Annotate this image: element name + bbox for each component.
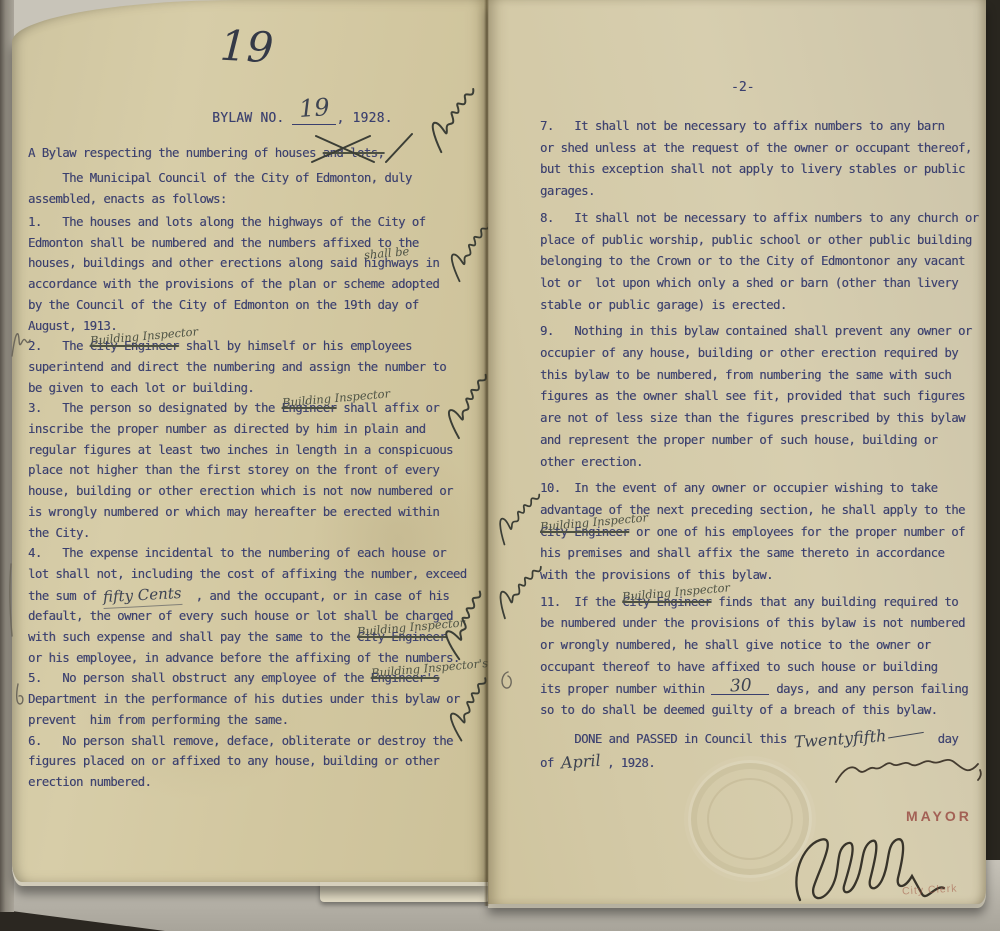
typed-text: 4. The expense incidental to the numberi…	[28, 546, 446, 560]
typed-line: prevent him from performing the same.	[28, 710, 480, 731]
typed-line: figures placed on or affixed to any hous…	[28, 751, 480, 772]
typed-text: so to do shall be deemed guilty of a bre…	[540, 703, 938, 717]
typed-line: The Municipal Council of the City of Edm…	[28, 168, 412, 189]
typed-text: the sum of	[28, 589, 103, 603]
page1-body: 1. The houses and lots along the highway…	[28, 212, 480, 793]
typed-line: other erection.	[540, 452, 986, 474]
typed-line: regular figures at least two inches in l…	[28, 440, 480, 461]
typed-line: 5. No person shall obstruct any employee…	[28, 668, 480, 689]
handwritten-text: April	[560, 749, 601, 773]
bylaw-title-text: A Bylaw respecting the numbering of hous…	[28, 146, 323, 160]
typed-text: superintend and direct the numbering and…	[28, 360, 446, 374]
page-number: -2-	[731, 80, 754, 95]
typed-line: garages.	[540, 181, 986, 203]
typed-text: days, and any person failing	[769, 682, 968, 696]
typed-text: with such expense and shall pay the same…	[28, 630, 357, 644]
typed-line: 1. The houses and lots along the highway…	[28, 212, 480, 233]
typed-text: this bylaw to be numbered, from numberin…	[540, 368, 951, 382]
typed-line: accordance with the provisions of the pl…	[28, 274, 480, 295]
typed-line: 7. It shall not be necessary to affix nu…	[540, 116, 986, 138]
typed-text: occupier of any house, building or other…	[540, 346, 958, 360]
typed-text: belonging to the Crown or to the City of…	[540, 254, 965, 268]
typed-line: the sum of fifty Cents , and the occupan…	[28, 585, 480, 607]
typed-text: 9. Nothing in this bylaw contained shall…	[540, 324, 972, 338]
typed-line: assembled, enacts as follows:	[28, 189, 412, 210]
typed-line: belonging to the Crown or to the City of…	[540, 251, 986, 273]
typed-line: so to do shall be deemed guilty of a bre…	[540, 700, 986, 722]
handwritten-text: 30	[729, 680, 751, 691]
bylaw-page-1: 19 BYLAW NO. 19, 1928. A Bylaw respectin…	[12, 0, 488, 882]
typed-text: be given to each lot or building.	[28, 381, 254, 395]
typed-text: lot or lot upon which only a shed or bar…	[540, 276, 958, 290]
amended-phrase: City EngineerBuilding Inspector	[90, 339, 179, 353]
typed-line: City EngineerBuilding Inspector or one o…	[540, 522, 986, 544]
typed-line: occupier of any house, building or other…	[540, 343, 986, 365]
typed-text: DONE and PASSED in Council this	[540, 732, 794, 746]
typed-line: figures as the owner shall see fit, prov…	[540, 386, 986, 408]
typed-line: inscribe the proper number as directed b…	[28, 419, 480, 440]
typed-text: 2. The	[28, 339, 90, 353]
typed-text: finds that any building required to	[711, 595, 958, 609]
handwritten-bylaw-number: 19	[299, 102, 330, 114]
typed-text: or wrongly numbered, he shall give notic…	[540, 638, 931, 652]
typed-text: other erection.	[540, 455, 643, 469]
typed-text: shall by himself or his employees	[179, 339, 412, 353]
typed-text: the City.	[28, 526, 90, 540]
amended-phrase: City EngineerBuilding Inspector	[622, 595, 711, 609]
pen-x-strike	[308, 132, 418, 166]
typed-line: the City.	[28, 523, 480, 544]
typed-line: are not of less size than the figures pr…	[540, 408, 986, 430]
typed-text: or one of his employees for the proper n…	[629, 525, 965, 539]
typed-line: superintend and direct the numbering and…	[28, 357, 480, 378]
typed-text: accordance with the provisions of the pl…	[28, 277, 439, 291]
typed-line: 10. In the event of any owner or occupie…	[540, 478, 986, 500]
typed-text: inscribe the proper number as directed b…	[28, 422, 426, 436]
typed-text: 3. The person so designated by the	[28, 401, 282, 415]
typed-text: figures as the owner shall see fit, prov…	[540, 389, 965, 403]
typed-line: 8. It shall not be necessary to affix nu…	[540, 208, 986, 230]
typed-text: 1. The houses and lots along the highway…	[28, 215, 426, 229]
typed-line: but this exception shall not apply to li…	[540, 159, 986, 181]
typed-text: and represent the proper number of such …	[540, 433, 938, 447]
typed-line: occupant thereof to have affixed to such…	[540, 657, 986, 679]
typed-text: , and the occupant, or in case of his	[182, 589, 449, 603]
typed-text: is wrongly numbered or which may hereaft…	[28, 505, 439, 519]
typed-text: houses, buildings and other erections al…	[28, 256, 364, 270]
binding-fold	[484, 0, 489, 906]
typed-line: be given to each lot or building.	[28, 378, 480, 399]
typed-line: 3. The person so designated by the Engin…	[28, 398, 480, 419]
typed-line: by the Council of the City of Edmonton o…	[28, 295, 480, 316]
typed-text: day	[924, 732, 958, 746]
preamble: The Municipal Council of the City of Edm…	[28, 168, 412, 209]
typed-line: Edmonton shall be numbered and the numbe…	[28, 233, 480, 254]
amended-phrase: EngineerBuilding Inspector	[282, 401, 337, 415]
handwritten-text: fifty Cents	[103, 583, 183, 609]
typed-line: with such expense and shall pay the same…	[28, 627, 480, 648]
typed-line: stable or public garage) is erected.	[540, 295, 986, 317]
typed-text: are not of less size than the figures pr…	[540, 411, 965, 425]
typed-text: lot shall not, including the cost of aff…	[28, 567, 467, 581]
typed-line: erection numbered.	[28, 772, 480, 793]
typed-text: 5. No person shall obstruct any employee…	[28, 671, 371, 685]
typed-text: The Municipal Council of the City of Edm…	[28, 171, 412, 185]
typed-text: , 1928.	[600, 756, 655, 770]
typed-line: 2. The City EngineerBuilding Inspector s…	[28, 336, 480, 357]
typed-text: house, building or other erection which …	[28, 484, 453, 498]
amended-phrase: Engineer'sBuilding Inspector's	[371, 671, 440, 685]
typed-text: 10. In the event of any owner or occupie…	[540, 481, 938, 495]
typed-line: and represent the proper number of such …	[540, 430, 986, 452]
typed-text: Department in the performance of his dut…	[28, 692, 460, 706]
typed-line: 6. No person shall remove, deface, oblit…	[28, 731, 480, 752]
typed-text: but this exception shall not apply to li…	[540, 162, 965, 176]
typed-text: of	[540, 756, 561, 770]
typed-line: place not higher than the first storey o…	[28, 460, 480, 481]
handwritten-corner-number: 19	[219, 21, 275, 73]
typed-text: its proper number within	[540, 682, 711, 696]
typed-text: 6. No person shall remove, deface, oblit…	[28, 734, 453, 748]
typed-line: lot shall not, including the cost of aff…	[28, 564, 480, 585]
typed-text: place of public worship, public school o…	[540, 233, 972, 247]
pencil-mark	[10, 680, 30, 710]
typed-line: 4. The expense incidental to the numberi…	[28, 543, 480, 564]
typed-line: Department in the performance of his dut…	[28, 689, 480, 710]
typed-text: stable or public garage) is erected.	[540, 298, 787, 312]
typed-text: 7. It shall not be necessary to affix nu…	[540, 119, 944, 133]
typed-text: assembled, enacts as follows:	[28, 192, 227, 206]
typed-line: his premises and shall affix the same th…	[540, 543, 986, 565]
typed-text: erection numbered.	[28, 775, 151, 789]
typed-line: houses, buildings and other erections al…	[28, 253, 480, 274]
typed-line: or shed unless at the request of the own…	[540, 138, 986, 160]
bylaw-heading-label: BYLAW NO.	[212, 111, 292, 126]
typed-text: place not higher than the first storey o…	[28, 463, 439, 477]
fill-in-blank: 30	[711, 683, 769, 695]
amended-phrase: highwaysshall be	[364, 256, 419, 270]
pencil-mark	[6, 322, 32, 362]
typed-text: Edmonton shall be numbered and the numbe…	[28, 236, 419, 250]
bylaw-page-2: -2- 7. It shall not be necessary to affi…	[488, 0, 986, 904]
typed-text: figures placed on or affixed to any hous…	[28, 754, 439, 768]
typed-text: his premises and shall affix the same th…	[540, 546, 944, 560]
mayor-stamp: MAYOR	[906, 808, 972, 824]
typed-line: place of public worship, public school o…	[540, 230, 986, 252]
typed-text: prevent him from performing the same.	[28, 713, 288, 727]
typed-text: garages.	[540, 184, 595, 198]
pencil-mark	[496, 668, 516, 692]
typed-line: 11. If the City EngineerBuilding Inspect…	[540, 592, 986, 614]
typed-line: house, building or other erection which …	[28, 481, 480, 502]
bylaw-number-blank: 19	[292, 109, 336, 125]
typed-text: with the provisions of this bylaw.	[540, 568, 773, 582]
bylaw-heading-year: , 1928.	[336, 111, 392, 126]
page2-body: 7. It shall not be necessary to affix nu…	[540, 116, 986, 774]
typed-text: by the Council of the City of Edmonton o…	[28, 298, 419, 312]
typed-text: occupant thereof to have affixed to such…	[540, 660, 938, 674]
typed-text: be numbered under the provisions of this…	[540, 616, 965, 630]
typed-text: or shed unless at the request of the own…	[540, 141, 972, 155]
scanned-document-photo: 19 BYLAW NO. 19, 1928. A Bylaw respectin…	[0, 0, 1000, 931]
typed-line: be numbered under the provisions of this…	[540, 613, 986, 635]
mayor-signature	[832, 748, 988, 804]
typed-line: is wrongly numbered or which may hereaft…	[28, 502, 480, 523]
typed-text: 8. It shall not be necessary to affix nu…	[540, 211, 979, 225]
typed-line: lot or lot upon which only a shed or bar…	[540, 273, 986, 295]
typed-line: with the provisions of this bylaw.	[540, 565, 986, 587]
pencil-mark	[4, 560, 18, 640]
typed-line: its proper number within 30 days, and an…	[540, 679, 986, 701]
typed-text: regular figures at least two inches in l…	[28, 443, 453, 457]
city-clerk-signature	[786, 826, 956, 922]
typed-line: this bylaw to be numbered, from numberin…	[540, 365, 986, 387]
typed-line: 9. Nothing in this bylaw contained shall…	[540, 321, 986, 343]
typed-line: or wrongly numbered, he shall give notic…	[540, 635, 986, 657]
